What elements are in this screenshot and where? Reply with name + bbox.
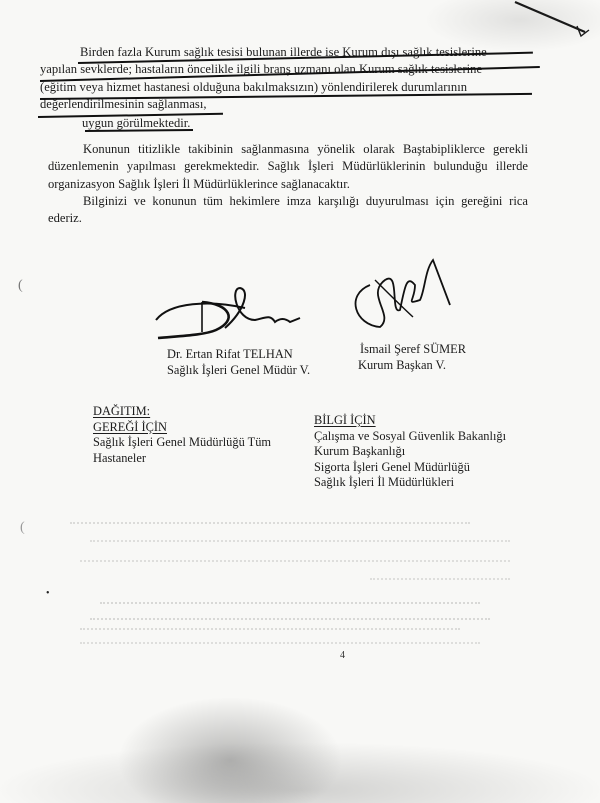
bleed-through-text <box>80 560 510 562</box>
margin-mark: • <box>46 588 50 599</box>
bleed-through-text <box>80 642 480 644</box>
signatory-title: Sağlık İşleri Genel Müdür V. <box>167 362 310 378</box>
distribution-item: Sigorta İşleri Genel Müdürlüğü <box>314 460 506 476</box>
page-number: 4 <box>340 650 345 661</box>
bleed-through-text <box>70 522 470 524</box>
paragraph-line: değerlendirilmesinin sağlanması, <box>40 96 530 113</box>
paragraph-tail: uygun görülmektedir. <box>82 116 190 131</box>
distribution-item: Çalışma ve Sosyal Güvenlik Bakanlığı <box>314 429 506 445</box>
distribution-item: Kurum Başkanlığı <box>314 444 506 460</box>
distribution-item: Hastaneler <box>93 451 271 467</box>
info-heading: BİLGİ İÇİN <box>314 413 506 429</box>
distribution-item: Sağlık İşleri Genel Müdürlüğü Tüm <box>93 435 271 451</box>
action-heading: GEREĞİ İÇİN <box>93 420 271 436</box>
bleed-through-text <box>90 618 490 620</box>
signature-sumer <box>345 255 455 335</box>
signatory-block: İsmail Şeref SÜMER Kurum Başkan V. <box>352 341 466 373</box>
distribution-info-list: BİLGİ İÇİN Çalışma ve Sosyal Güvenlik Ba… <box>314 413 506 491</box>
distribution-action-list: DAĞITIM: GEREĞİ İÇİN Sağlık İşleri Genel… <box>93 404 271 466</box>
scanned-document-page: Birden fazla Kurum sağlık tesisi bulunan… <box>0 0 600 803</box>
bleed-through-text <box>370 578 510 580</box>
distribution-heading: DAĞITIM: <box>93 404 271 420</box>
bleed-through-text <box>100 602 480 604</box>
paragraph-follow-up: Konunun titizlikle takibinin sağlanmasın… <box>48 141 528 193</box>
margin-mark: ( <box>18 278 23 294</box>
pen-stroke-corner <box>505 0 600 40</box>
bleed-through-text <box>80 628 460 630</box>
signature-telhan <box>150 280 320 340</box>
margin-mark: ( <box>20 520 25 536</box>
signatory-name: İsmail Şeref SÜMER <box>360 341 466 357</box>
signatory-title: Kurum Başkan V. <box>358 357 466 373</box>
paragraph-line: yapılan sevklerde; hastaların öncelikle … <box>40 61 530 78</box>
bleed-through-text <box>90 540 510 542</box>
paragraph-closing: Bilginizi ve konunun tüm hekimlere imza … <box>48 193 528 228</box>
signatory-name: Dr. Ertan Rifat TELHAN <box>167 346 310 362</box>
distribution-item: Sağlık İşleri İl Müdürlükleri <box>314 475 506 491</box>
signatory-block: Dr. Ertan Rifat TELHAN Sağlık İşleri Gen… <box>167 346 310 378</box>
